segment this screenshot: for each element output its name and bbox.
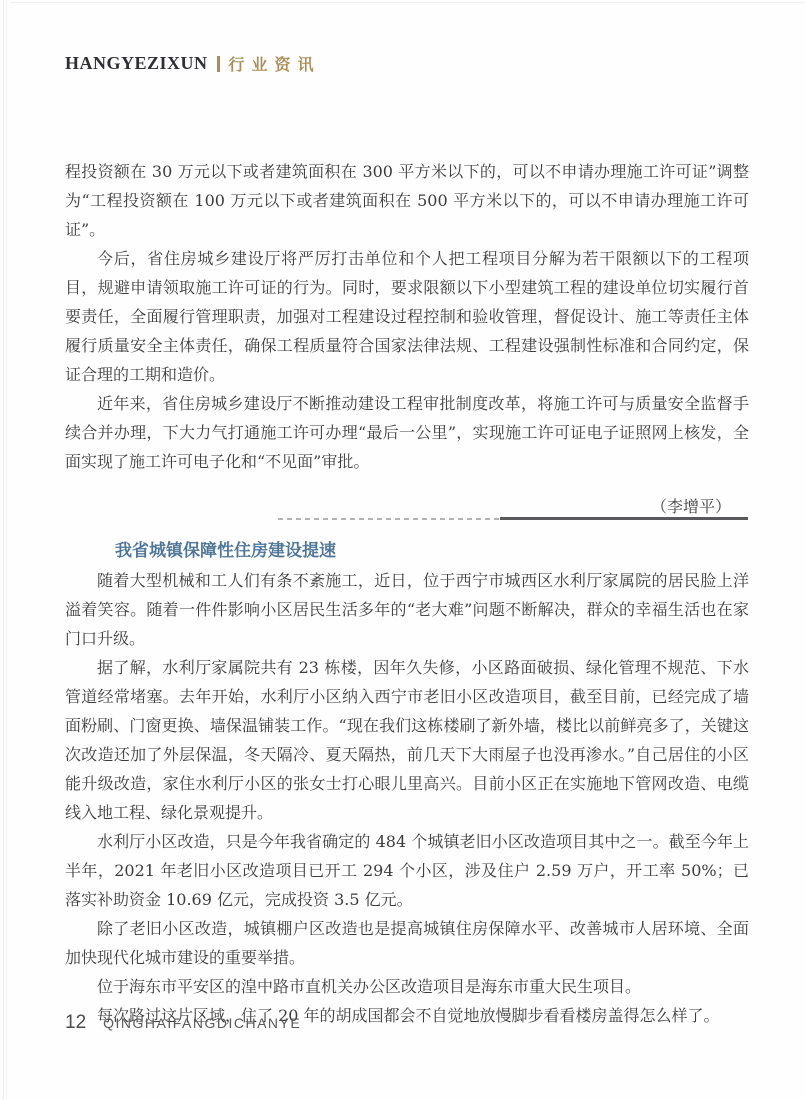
article-2-paragraph: 位于海东市平安区的湟中路市直机关办公区改造项目是海东市重大民生项目。 (65, 972, 749, 1001)
journal-name: QINGHAIFANGDICHANYE (103, 1015, 301, 1031)
page-number: 12 (65, 1012, 86, 1034)
page-header: HANGYEZIXUN 行业资讯 (65, 52, 321, 75)
article-2-title: 我省城镇保障性住房建设提速 (65, 537, 749, 566)
page-left-edge-line (3, 0, 4, 1100)
article-2-paragraph: 除了老旧小区改造，城镇棚户区改造也是提高城镇住房保障水平、改善城市人居环境、全面… (65, 914, 749, 972)
article-1-paragraph: 近年来，省住房城乡建设厅不断推动建设工程审批制度改革，将施工许可与质量安全监督手… (65, 389, 749, 476)
page-left-edge-line-2 (6, 0, 7, 1100)
article-2-paragraph: 随着大型机械和工人们有条不紊施工，近日，位于西宁市城西区水利厅家属院的居民脸上洋… (65, 566, 749, 653)
article-1-paragraph: 今后，省住房城乡建设厅将严厉打击单位和个人把工程项目分解为若干限额以下的工程项目… (65, 244, 749, 389)
article-1-body: 程投资额在 30 万元以下或者建筑面积在 300 平方米以下的，可以不申请办理施… (65, 157, 749, 521)
header-brand-latin: HANGYEZIXUN (65, 53, 208, 74)
article-2-body: 我省城镇保障性住房建设提速 随着大型机械和工人们有条不紊施工，近日，位于西宁市城… (65, 537, 749, 1030)
section-separator-dashed-line (278, 518, 500, 520)
page-top-edge-line (10, 2, 805, 3)
article-2-paragraph: 据了解，水利厅家属院共有 23 栋楼，因年久失修，小区路面破损、绿化管理不规范、… (65, 653, 749, 827)
header-section-name: 行业资讯 (229, 52, 321, 75)
page-footer: 12 QINGHAIFANGDICHANYE (65, 1012, 301, 1034)
article-1-paragraph-continuation: 程投资额在 30 万元以下或者建筑面积在 300 平方米以下的，可以不申请办理施… (65, 157, 749, 244)
header-divider-bar (217, 56, 220, 72)
article-2-paragraph: 水利厅小区改造，只是今年我省确定的 484 个城镇老旧小区改造项目其中之一。截至… (65, 827, 749, 914)
section-separator-solid-line (500, 517, 748, 520)
magazine-page: HANGYEZIXUN 行业资讯 程投资额在 30 万元以下或者建筑面积在 30… (0, 0, 805, 1100)
